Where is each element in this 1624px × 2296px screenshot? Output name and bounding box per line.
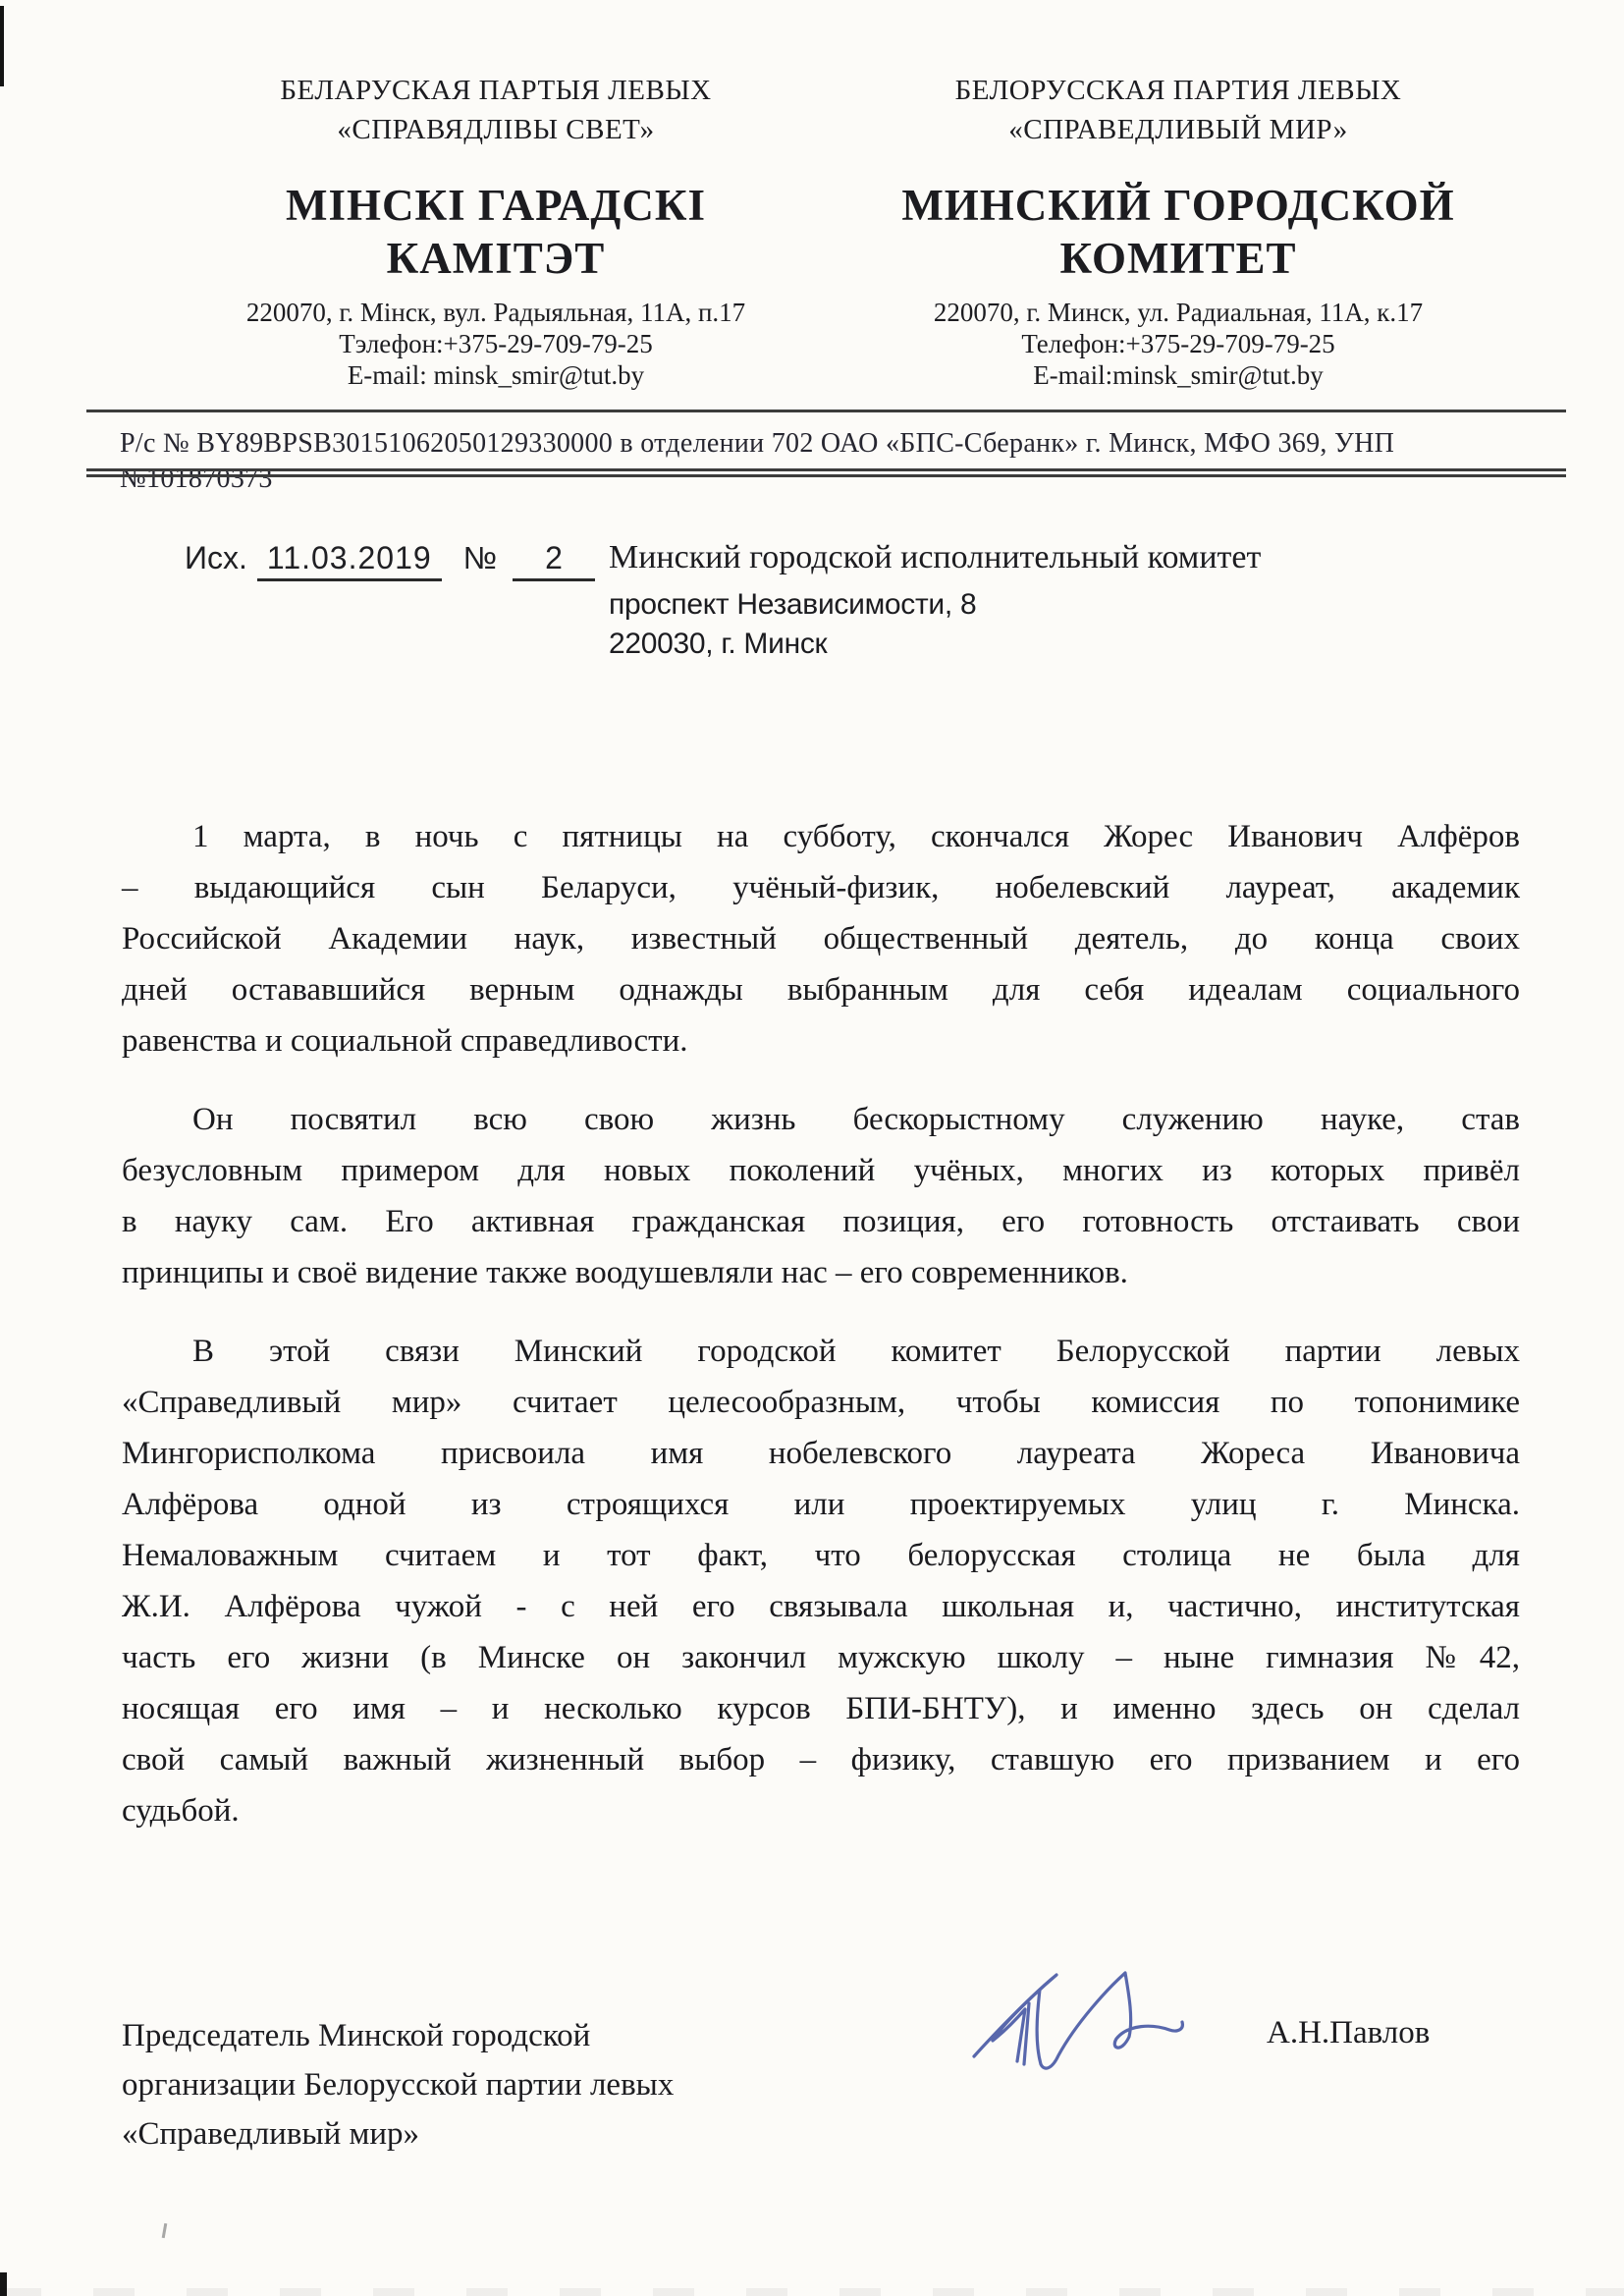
body-line: Мингорисполкома присвоила имя нобелевско… [122, 1428, 1520, 1479]
phone-by: Тэлефон:+375-29-709-79-25 [147, 328, 844, 359]
scanned-letter-page: БЕЛАРУСКАЯ ПАРТЫЯ ЛЕВЫХ «СПРАВЯДЛІВЫ СВЕ… [0, 0, 1624, 2296]
address-ru: 220070, г. Минск, ул. Радиальная, 11А, к… [830, 297, 1527, 328]
party-name-ru: БЕЛОРУССКАЯ ПАРТИЯ ЛЕВЫХ «СПРАВЕДЛИВЫЙ М… [830, 71, 1527, 149]
committee-title-by-line1: МІНСКІ ГАРАДСКІ [147, 179, 844, 232]
signer-title-block: Председатель Минской городской организац… [122, 2011, 829, 2159]
body-line: Российской Академии наук, известный обще… [122, 913, 1520, 964]
scan-artifact-bottom-noise [0, 2288, 1624, 2296]
letter-body: 1 марта, в ночь с пятницы на субботу, ск… [122, 811, 1520, 1864]
body-line: Алфёрова одной из строящихся или проекти… [122, 1479, 1520, 1530]
committee-title-ru-line1: МИНСКИЙ ГОРОДСКОЙ [830, 179, 1527, 232]
horizontal-rule-top [86, 410, 1566, 412]
addressee-block: Минский городской исполнительный комитет… [609, 536, 1492, 664]
body-line: безусловным примером для новых поколений… [122, 1145, 1520, 1196]
body-line: Немаловажным считаем и тот факт, что бел… [122, 1530, 1520, 1581]
party-name-by-line1: БЕЛАРУСКАЯ ПАРТЫЯ ЛЕВЫХ [147, 71, 844, 110]
horizontal-rule-double [86, 468, 1566, 477]
body-line: 1 марта, в ночь с пятницы на субботу, ск… [122, 811, 1520, 862]
handwritten-signature-ink [960, 1962, 1206, 2095]
paragraph-3: В этой связи Минский городской комитет Б… [122, 1326, 1520, 1836]
addressee-city: 220030, г. Минск [609, 625, 1492, 664]
party-name-ru-line1: БЕЛОРУССКАЯ ПАРТИЯ ЛЕВЫХ [830, 71, 1527, 110]
body-line: часть его жизни (в Минске он закончил му… [122, 1632, 1520, 1683]
body-line: «Справедливый мир» считает целесообразны… [122, 1377, 1520, 1428]
bank-details-line: Р/с № BY89BPSB30151062050129330000 в отд… [120, 426, 1514, 497]
address-by: 220070, г. Мінск, вул. Радыяльная, 11А, … [147, 297, 844, 328]
body-line: свой самый важный жизненный выбор – физи… [122, 1734, 1520, 1785]
body-line: – выдающийся сын Беларуси, учёный-физик,… [122, 862, 1520, 913]
addressee-name: Минский городской исполнительный комитет [609, 536, 1492, 579]
body-line: Ж.И. Алфёрова чужой - с ней его связывал… [122, 1581, 1520, 1632]
party-name-by: БЕЛАРУСКАЯ ПАРТЫЯ ЛЕВЫХ «СПРАВЯДЛІВЫ СВЕ… [147, 71, 844, 149]
committee-title-ru: МИНСКИЙ ГОРОДСКОЙ КОМИТЕТ [830, 179, 1527, 285]
body-line: Он посвятил всю свою жизнь бескорыстному… [122, 1094, 1520, 1145]
scan-artifact-tick [162, 2223, 168, 2238]
email-ru: E-mail:minsk_smir@tut.by [830, 359, 1527, 391]
signer-title-line3: «Справедливый мир» [122, 2109, 829, 2159]
body-line: в науку сам. Его активная гражданская по… [122, 1196, 1520, 1247]
body-line: носящая его имя – и несколько курсов БПИ… [122, 1683, 1520, 1734]
party-name-by-line2: «СПРАВЯДЛІВЫ СВЕТ» [147, 110, 844, 149]
committee-title-by-line2: КАМІТЭТ [147, 232, 844, 285]
signature-stroke [974, 1973, 1182, 2068]
contact-info-ru: 220070, г. Минск, ул. Радиальная, 11А, к… [830, 297, 1527, 391]
contact-info-by: 220070, г. Мінск, вул. Радыяльная, 11А, … [147, 297, 844, 391]
committee-title-by: МІНСКІ ГАРАДСКІ КАМІТЭТ [147, 179, 844, 285]
letterhead-belarusian-column: БЕЛАРУСКАЯ ПАРТЫЯ ЛЕВЫХ «СПРАВЯДЛІВЫ СВЕ… [147, 71, 844, 391]
committee-title-ru-line2: КОМИТЕТ [830, 232, 1527, 285]
number-sign: № [463, 540, 497, 575]
body-line: принципы и своё видение также воодушевля… [122, 1247, 1520, 1298]
signer-title-line2: организации Белорусской партии левых [122, 2060, 829, 2109]
addressee-street: проспект Независимости, 8 [609, 585, 1492, 625]
letterhead-russian-column: БЕЛОРУССКАЯ ПАРТИЯ ЛЕВЫХ «СПРАВЕДЛИВЫЙ М… [830, 71, 1527, 391]
body-line: судьбой. [122, 1785, 1520, 1836]
email-by: E-mail: minsk_smir@tut.by [147, 359, 844, 391]
party-name-ru-line2: «СПРАВЕДЛИВЫЙ МИР» [830, 110, 1527, 149]
phone-ru: Телефон:+375-29-709-79-25 [830, 328, 1527, 359]
body-line: дней остававшийся верным однажды выбранн… [122, 964, 1520, 1015]
paragraph-1: 1 марта, в ночь с пятницы на субботу, ск… [122, 811, 1520, 1066]
outgoing-number: 2 [513, 540, 595, 581]
signer-name: А.Н.Павлов [1267, 2015, 1430, 2051]
outgoing-label: Исх. [185, 540, 247, 575]
outgoing-date: 11.03.2019 [257, 540, 442, 581]
paragraph-2: Он посвятил всю свою жизнь бескорыстному… [122, 1094, 1520, 1298]
outgoing-reference-line: Исх.11.03.2019№2 [185, 540, 595, 581]
scan-artifact-top-left [0, 6, 4, 86]
body-line: В этой связи Минский городской комитет Б… [122, 1326, 1520, 1377]
body-line: равенства и социальной справедливости. [122, 1015, 1520, 1066]
signer-title-line1: Председатель Минской городской [122, 2011, 829, 2060]
